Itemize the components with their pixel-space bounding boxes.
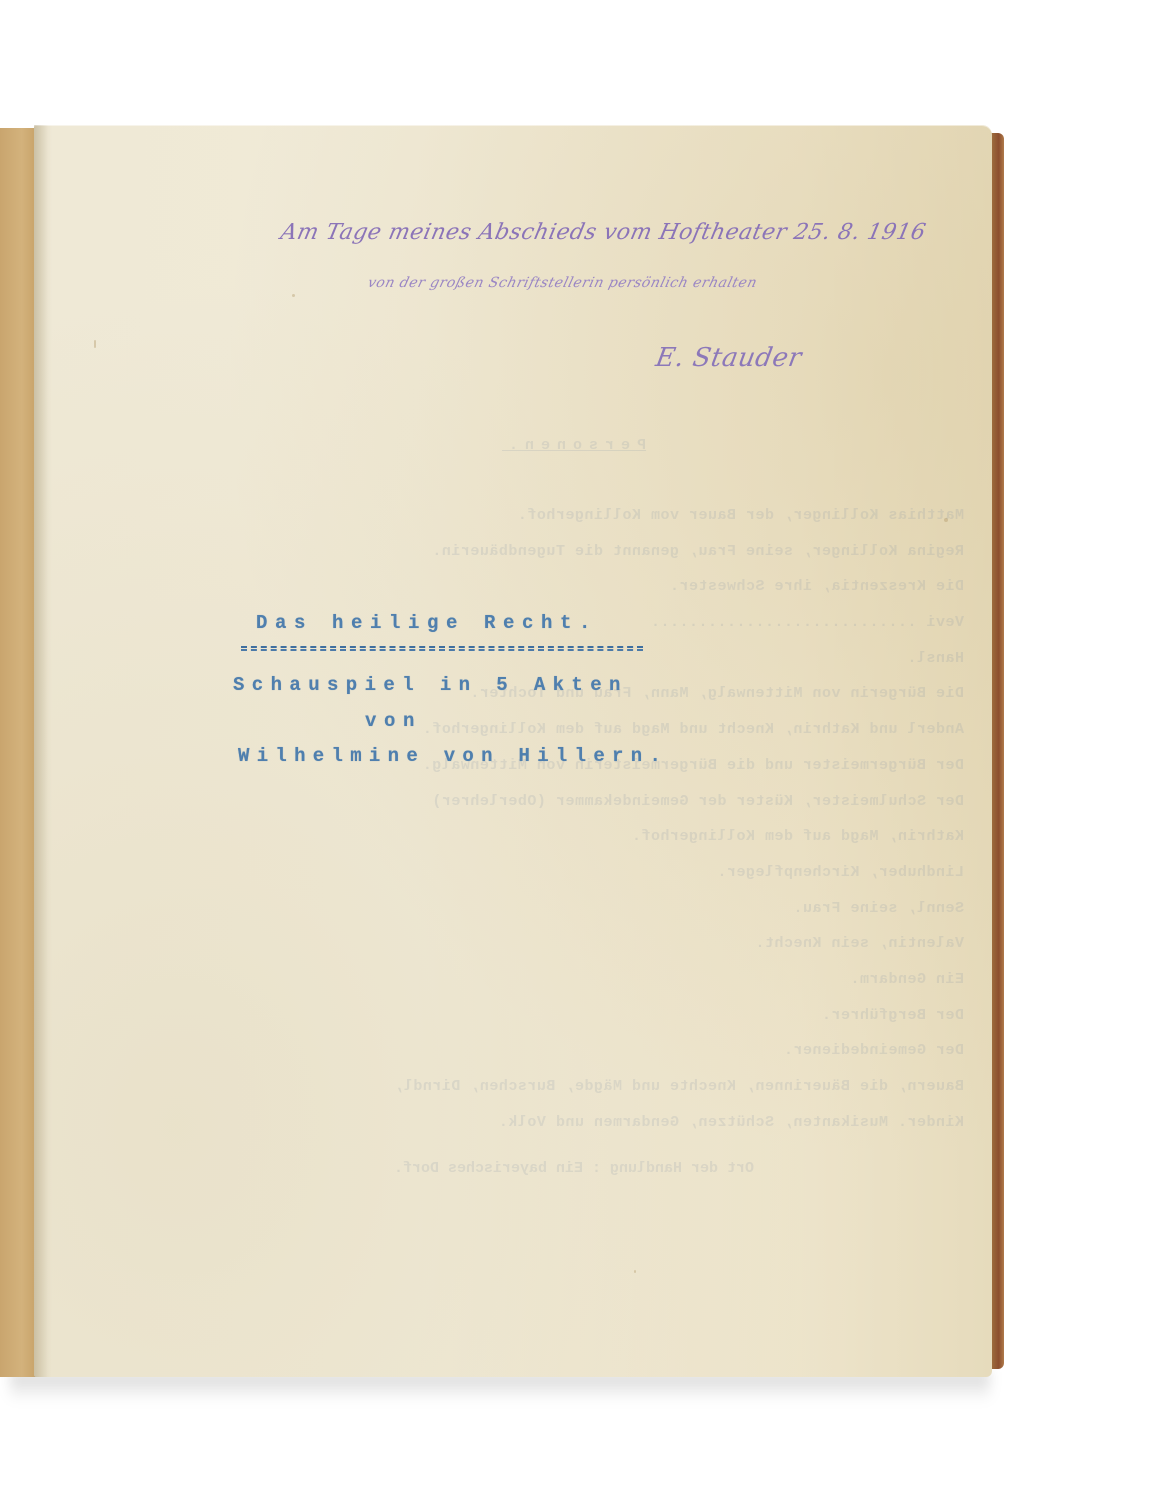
inscription-line-2: von der großen Schriftstellerin persönli… (366, 275, 759, 291)
paper-speck (94, 340, 96, 348)
inscription-line-1: Am Tage meines Abschieds vom Hoftheater … (278, 220, 928, 245)
title-page: Personen. Matthias Kollinger, der Bauer … (34, 125, 992, 1377)
bound-manuscript: Personen. Matthias Kollinger, der Bauer … (0, 125, 1005, 1377)
show-through-line: Ein Gendarm. (184, 962, 964, 998)
show-through-line: Matthias Kollinger, der Bauer vom Kollin… (184, 498, 964, 534)
binding-strip (0, 128, 36, 1377)
show-through-line: Kathrin, Magd auf dem Kollingerhof. (184, 819, 964, 855)
show-through-line: Bauern, die Bäuerinnen, Knechte und Mägd… (184, 1069, 964, 1105)
signature: E. Stauder (653, 343, 804, 373)
show-through-line: Sennl, seine Frau. (184, 891, 964, 927)
show-through-line: Kinder. Musikanten, Schützen, Gendarmen … (184, 1105, 964, 1141)
show-through-line: Regina Kollinger, seine Frau, genannt di… (184, 534, 964, 570)
show-through-line: Der Bergführer. (184, 998, 964, 1034)
gutter-shadow (34, 125, 48, 1377)
author-name: Wilhelmine von Hillern. (238, 745, 668, 767)
paper-speck (634, 1270, 636, 1273)
show-through-heading: Personen. (184, 437, 964, 454)
paper-speck (292, 294, 295, 297)
play-subtitle: Schauspiel in 5 Akten (233, 674, 628, 696)
show-through-line: Lindhuber, Kirchenpfleger. (184, 855, 964, 891)
show-through-line: Der Schulmeister, Küster der Gemeindekam… (184, 784, 964, 820)
play-title: Das heilige Recht. (256, 612, 598, 634)
show-through-line: Der Gemeindediener. (184, 1033, 964, 1069)
show-through-line: Anderl und Kathrin, Knecht und Magd auf … (184, 712, 964, 748)
show-through-line: Die Kreszentia, ihre Schwester. (184, 569, 964, 605)
paper-speck (944, 518, 948, 522)
show-through-text: Personen. Matthias Kollinger, der Bauer … (184, 437, 964, 1177)
show-through-footer: Ort der Handlung : Ein bayerisches Dorf. (184, 1160, 964, 1177)
show-through-line: Valentin, sein Knecht. (184, 926, 964, 962)
title-double-underline (241, 646, 643, 651)
by-line: von (365, 710, 422, 732)
